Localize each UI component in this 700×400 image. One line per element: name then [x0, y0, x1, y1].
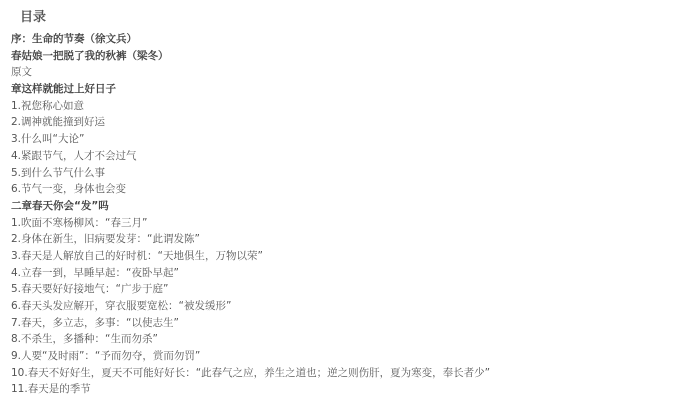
toc-entry[interactable]: 7.春天，多立志，多事：“以使志生” [11, 315, 490, 332]
toc-entry[interactable]: 10.春天不好好生，夏天不可能好好长：“此春气之应，养生之道也；逆之则伤肝，夏为… [11, 365, 490, 382]
toc-entry[interactable]: 11.春天是的季节 [11, 381, 490, 398]
toc-entry[interactable]: 6.节气一变，身体也会变 [11, 181, 490, 198]
toc-section-heading[interactable]: 春姑娘一把脱了我的秋裤（梁冬） [11, 48, 490, 65]
toc-entry[interactable]: 3.春天是人解放自己的好时机：“天地俱生，万物以荣” [11, 248, 490, 265]
table-of-contents: 序：生命的节奏（徐文兵）春姑娘一把脱了我的秋裤（梁冬）原文章这样就能过上好日子1… [11, 31, 490, 398]
toc-entry[interactable]: 1.吹面不寒杨柳风：“春三月” [11, 215, 490, 232]
toc-section-heading[interactable]: 二章春天你会“发”吗 [11, 198, 490, 215]
toc-section-heading[interactable]: 序：生命的节奏（徐文兵） [11, 31, 490, 48]
toc-entry[interactable]: 3.什么叫“大论” [11, 131, 490, 148]
toc-entry[interactable]: 8.不杀生，多播种：“生而勿杀” [11, 331, 490, 348]
toc-entry[interactable]: 2.调神就能撞到好运 [11, 114, 490, 131]
toc-section-heading[interactable]: 章这样就能过上好日子 [11, 81, 490, 98]
toc-entry[interactable]: 5.到什么节气什么事 [11, 165, 490, 182]
toc-entry[interactable]: 4.立春一到，早睡早起：“夜卧早起” [11, 265, 490, 282]
toc-entry[interactable]: 4.紧跟节气，人才不会过气 [11, 148, 490, 165]
toc-entry[interactable]: 6.春天头发应解开，穿衣服要宽松：“被发缓形” [11, 298, 490, 315]
toc-title: 目录 [20, 6, 46, 25]
toc-entry[interactable]: 1.祝您称心如意 [11, 98, 490, 115]
toc-entry[interactable]: 2.身体在新生，旧病要发芽：“此谓发陈” [11, 231, 490, 248]
toc-entry[interactable]: 原文 [11, 64, 490, 81]
toc-entry[interactable]: 5.春天要好好接地气：“广步于庭” [11, 281, 490, 298]
toc-entry[interactable]: 9.人要“及时雨”：“予而勿夺，赏而勿罚” [11, 348, 490, 365]
